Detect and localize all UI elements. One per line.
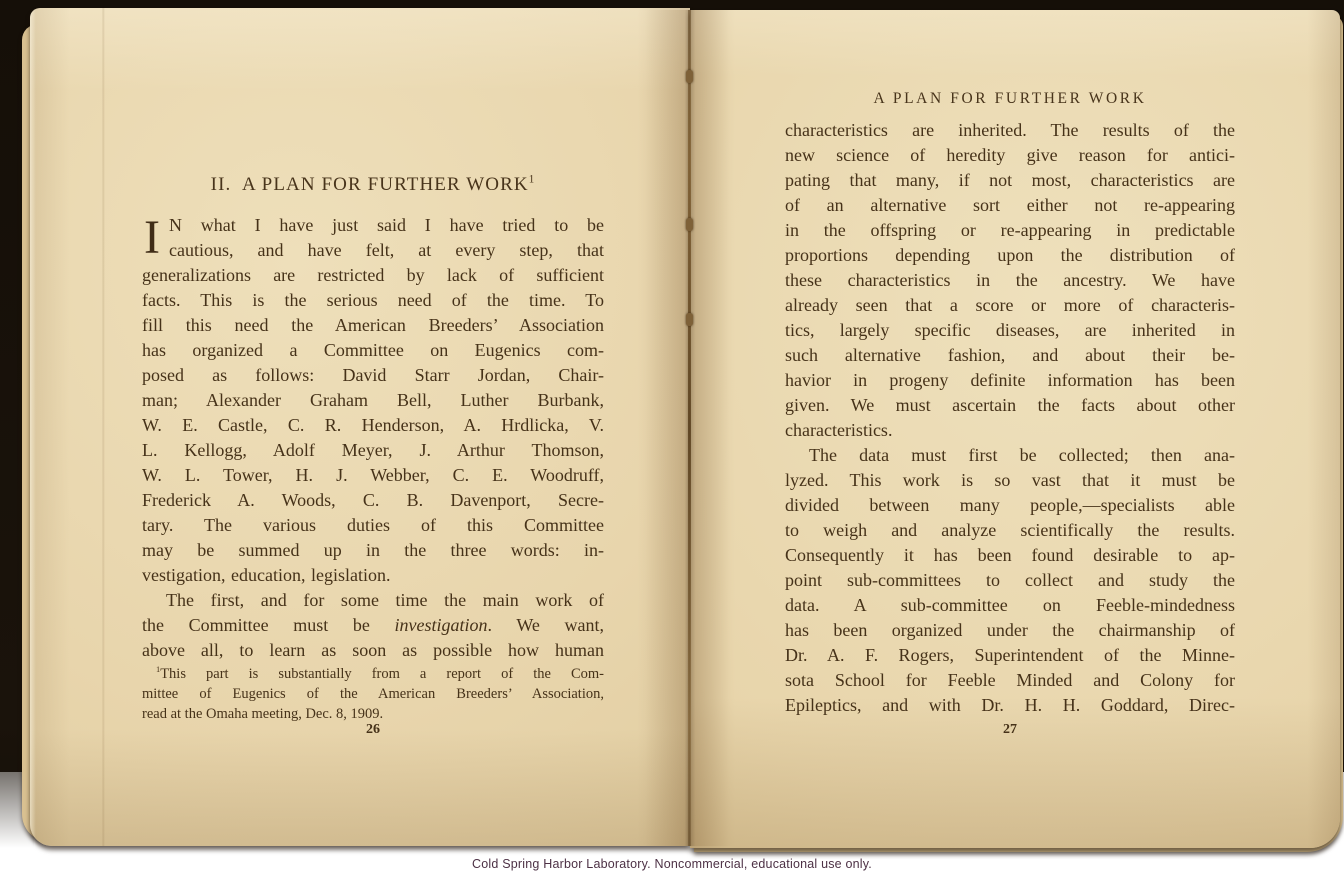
drop-cap: I bbox=[144, 216, 160, 260]
text-line: Frederick A. Woods, C. B. Davenport, Sec… bbox=[142, 488, 604, 513]
text-line: data. A sub-committee on Feeble-mindedne… bbox=[785, 593, 1235, 618]
right-page: A PLAN FOR FURTHER WORK characteristics … bbox=[690, 10, 1340, 848]
text-line: new science of heredity give reason for … bbox=[785, 143, 1235, 168]
text-line: point sub-committees to collect and stud… bbox=[785, 568, 1235, 593]
chapter-heading: II. A PLAN FOR FURTHER WORK1 bbox=[142, 174, 604, 196]
left-page-body: I N what I have just said I have tried t… bbox=[142, 213, 604, 663]
text-line: mittee of Eugenics of the American Breed… bbox=[142, 684, 604, 704]
text-line: characteristics. bbox=[785, 418, 1235, 443]
text-line: has organized a Committee on Eugenics co… bbox=[142, 338, 604, 363]
text-line: generalizations are restricted by lack o… bbox=[142, 263, 604, 288]
paragraph-2: The data must first be collected; then a… bbox=[785, 443, 1235, 718]
text-line: sota School for Feeble Minded and Colony… bbox=[785, 668, 1235, 693]
text-line: fill this need the American Breeders’ As… bbox=[142, 313, 604, 338]
text-line: vestigation, education, legislation. bbox=[142, 563, 604, 588]
text-line: man; Alexander Graham Bell, Luther Burba… bbox=[142, 388, 604, 413]
text-line: Epileptics, and with Dr. H. H. Goddard, … bbox=[785, 693, 1235, 718]
chapter-heading-text: II. A PLAN FOR FURTHER WORK bbox=[211, 174, 529, 195]
page-number-left: 26 bbox=[142, 722, 604, 738]
text-run: . We want, bbox=[488, 615, 604, 635]
text-line: above all, to learn as soon as possible … bbox=[142, 638, 604, 663]
running-header: A PLAN FOR FURTHER WORK bbox=[785, 90, 1235, 108]
text-line: these characteristics in the ancestry. W… bbox=[785, 268, 1235, 293]
footnote: 1This part is substantially from a repor… bbox=[142, 664, 604, 724]
page-number-right: 27 bbox=[785, 722, 1235, 738]
text-run: the Committee must be bbox=[142, 615, 395, 635]
text-line: of an alternative sort either not re-app… bbox=[785, 193, 1235, 218]
text-line: proportions depending upon the distribut… bbox=[785, 243, 1235, 268]
text-line: divided between many people,—specialists… bbox=[785, 493, 1235, 518]
stitch-thread bbox=[686, 313, 693, 326]
italic-word: investigation bbox=[395, 615, 488, 635]
text-line: tary. The various duties of this Committ… bbox=[142, 513, 604, 538]
text-line: to weigh and analyze scientifically the … bbox=[785, 518, 1235, 543]
text-line: such alternative fashion, and about thei… bbox=[785, 343, 1235, 368]
paragraph-1: characteristics are inherited. The resul… bbox=[785, 118, 1235, 443]
text-line: lyzed. This work is so vast that it must… bbox=[785, 468, 1235, 493]
scanned-book-spread: II. A PLAN FOR FURTHER WORK1 I N what I … bbox=[0, 0, 1344, 886]
text-line: Dr. A. F. Rogers, Superintendent of the … bbox=[785, 643, 1235, 668]
text-line: W. E. Castle, C. R. Henderson, A. Hrdlic… bbox=[142, 413, 604, 438]
text-line: havior in progeny definite information h… bbox=[785, 368, 1235, 393]
paragraph-2: The first, and for some time the main wo… bbox=[142, 588, 604, 663]
text-line: in the offspring or re-appearing in pred… bbox=[785, 218, 1235, 243]
text-run: above all, to learn as soon as possible … bbox=[142, 640, 604, 660]
text-line: N what I have just said I have tried to … bbox=[142, 213, 604, 238]
text-line: W. L. Tower, H. J. Webber, C. E. Woodruf… bbox=[142, 463, 604, 488]
heading-footnote-marker: 1 bbox=[529, 174, 536, 186]
stitch-thread bbox=[686, 70, 693, 83]
footnote-first-line: 1This part is substantially from a repor… bbox=[142, 664, 604, 684]
right-page-body: characteristics are inherited. The resul… bbox=[785, 118, 1235, 718]
book-gutter bbox=[688, 10, 691, 846]
text-line: the Committee must be investigation. We … bbox=[142, 613, 604, 638]
text-line: facts. This is the serious need of the t… bbox=[142, 288, 604, 313]
text-line: given. We must ascertain the facts about… bbox=[785, 393, 1235, 418]
text-line: Consequently it has been found desirable… bbox=[785, 543, 1235, 568]
footnote-rest: mittee of Eugenics of the American Breed… bbox=[142, 684, 604, 724]
copyright-caption: Cold Spring Harbor Laboratory. Noncommer… bbox=[0, 857, 1344, 871]
text-line: L. Kellogg, Adolf Meyer, J. Arthur Thoms… bbox=[142, 438, 604, 463]
text-line: The first, and for some time the main wo… bbox=[142, 588, 604, 613]
left-page: II. A PLAN FOR FURTHER WORK1 I N what I … bbox=[30, 8, 690, 846]
paragraph-1: N what I have just said I have tried to … bbox=[142, 213, 604, 588]
text-line: cautious, and have felt, at every step, … bbox=[142, 238, 604, 263]
text-line: characteristics are inherited. The resul… bbox=[785, 118, 1235, 143]
text-line: read at the Omaha meeting, Dec. 8, 1909. bbox=[142, 704, 604, 724]
text-run: The first, and for some time the main wo… bbox=[166, 590, 604, 610]
text-line: pating that many, if not most, character… bbox=[785, 168, 1235, 193]
text-line: tics, largely specific diseases, are inh… bbox=[785, 318, 1235, 343]
text-line: already seen that a score or more of cha… bbox=[785, 293, 1235, 318]
text-line: has been organized under the chairmanshi… bbox=[785, 618, 1235, 643]
stitch-thread bbox=[686, 218, 693, 231]
text-line: posed as follows: David Starr Jordan, Ch… bbox=[142, 363, 604, 388]
text-line: The data must first be collected; then a… bbox=[785, 443, 1235, 468]
footnote-text: This part is substantially from a report… bbox=[160, 666, 604, 682]
text-line: may be summed up in the three words: in- bbox=[142, 538, 604, 563]
